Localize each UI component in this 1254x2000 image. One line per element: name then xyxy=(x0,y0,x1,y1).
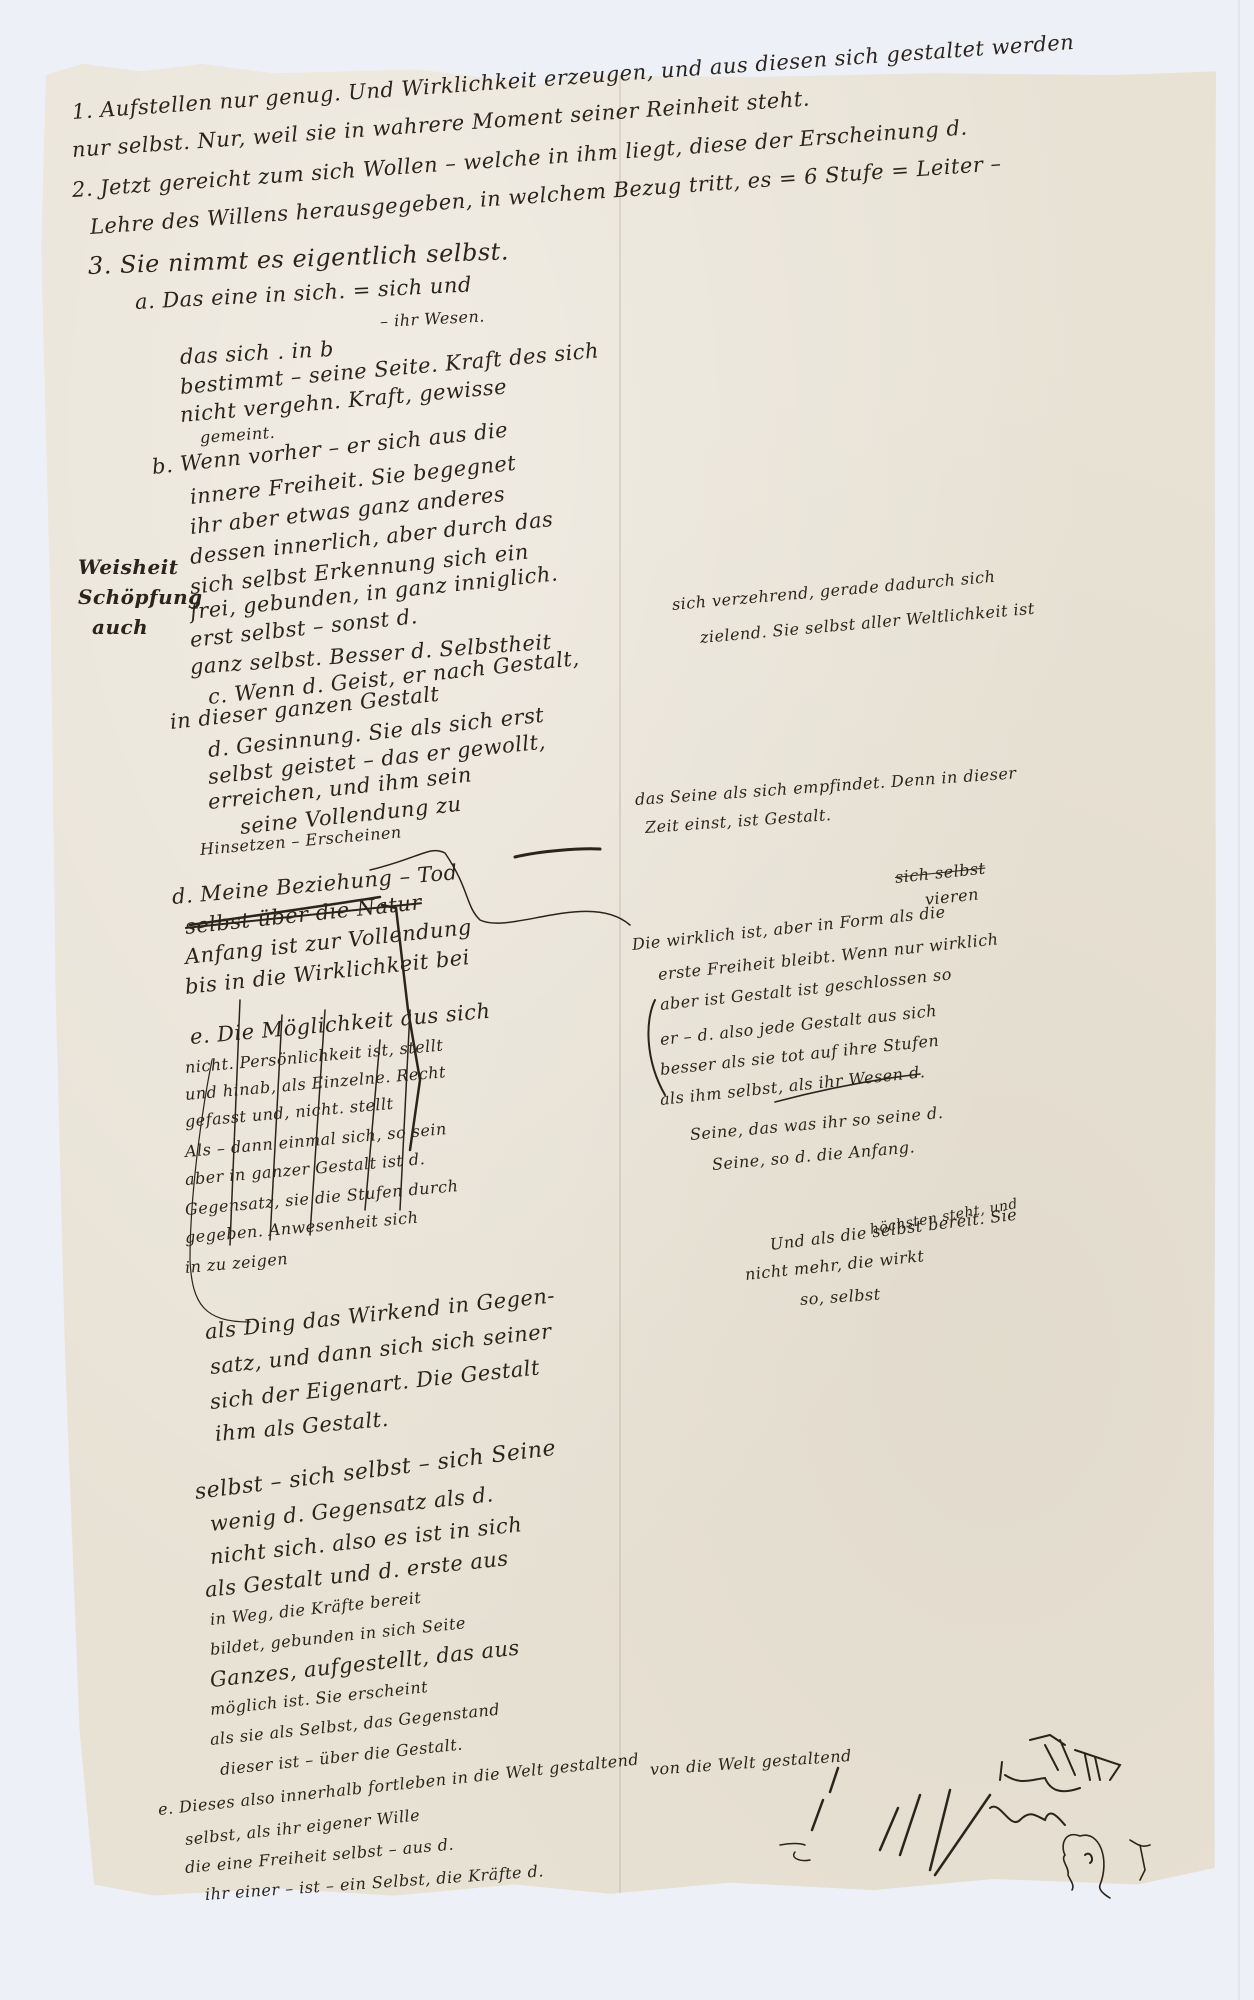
margin-note-line: auch xyxy=(92,615,148,639)
scan-bed-edge xyxy=(1238,0,1240,2000)
center-fold-crease xyxy=(619,64,621,1916)
margin-note-line: Schöpfung xyxy=(78,585,203,609)
margin-note-line: Weisheit xyxy=(78,555,179,579)
